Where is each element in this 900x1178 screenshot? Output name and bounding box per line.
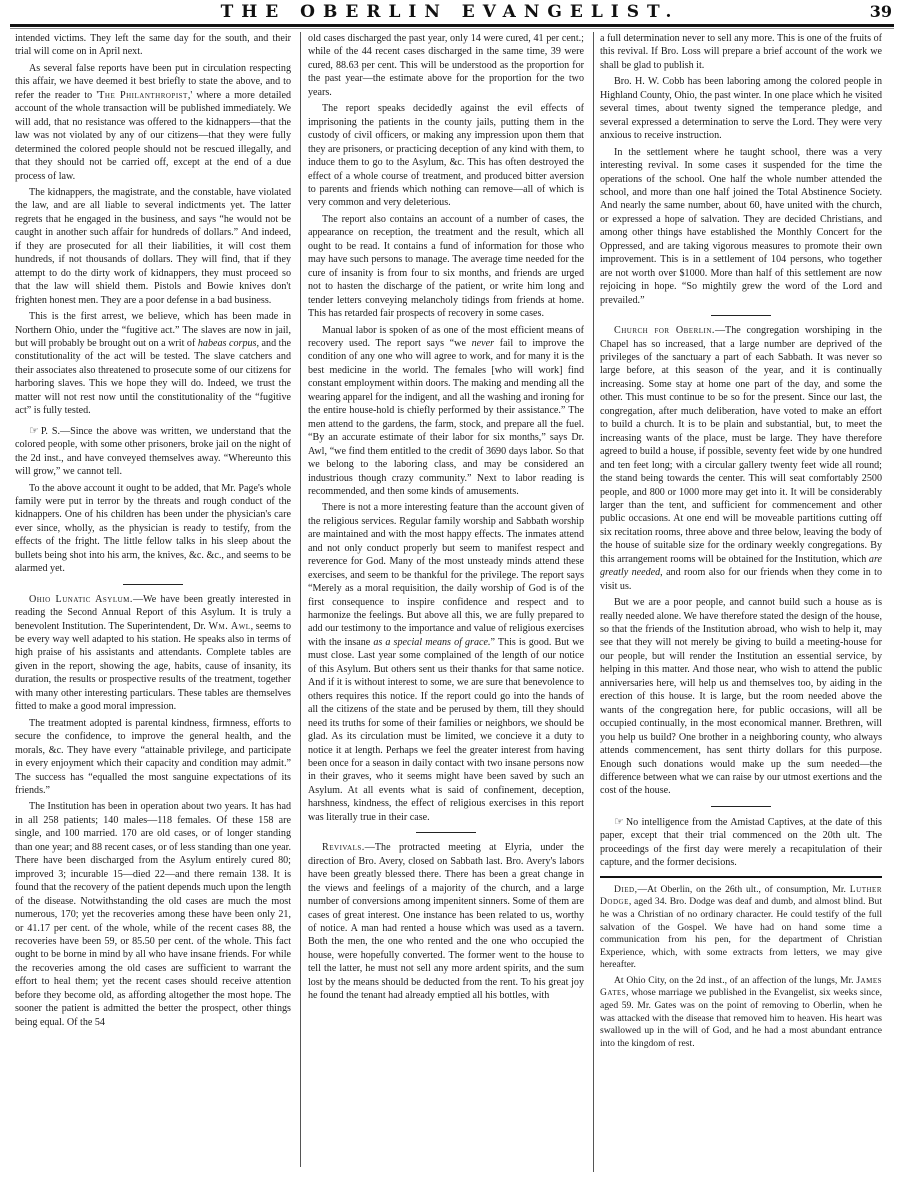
- column-1: intended victims. They left the same day…: [15, 32, 291, 1032]
- article-heading: Ohio Lunatic Asylum.: [29, 594, 133, 605]
- paragraph: The report speaks decidedly against the …: [308, 102, 584, 210]
- masthead: THE OBERLIN EVANGELIST. 39: [0, 0, 900, 22]
- emphasis: never: [472, 338, 494, 349]
- notice-amistad: ☞No intelligence from the Amistad Captiv…: [600, 815, 882, 870]
- article-church: Church for Oberlin.—The congregation wor…: [600, 324, 882, 593]
- emphasis: as a special means of grace.: [373, 637, 490, 648]
- obituary-divider: [600, 876, 882, 878]
- paragraph: The treatment adopted is parental kindne…: [15, 717, 291, 798]
- text: ,' where a more detailed account of the …: [15, 90, 291, 182]
- column-3: a full determination never to sell any m…: [600, 32, 882, 1053]
- paragraph: Bro. H. W. Cobb has been laboring among …: [600, 75, 882, 142]
- section-divider: [711, 315, 771, 316]
- newspaper-title: THE OBERLIN EVANGELIST.: [0, 2, 900, 22]
- paragraph: But we are a poor people, and cannot bui…: [600, 596, 882, 798]
- obituary-heading: Died,: [614, 884, 638, 895]
- section-divider: [123, 584, 183, 585]
- article-heading: Church for Oberlin.: [614, 325, 715, 336]
- paragraph: old cases discharged the past year, only…: [308, 32, 584, 99]
- column-rule-2: [593, 32, 594, 1172]
- article-heading: Revivals.: [322, 842, 365, 853]
- latin-term: habeas corpus: [198, 338, 257, 349]
- paragraph: The report also contains an account of a…: [308, 213, 584, 321]
- section-divider: [711, 806, 771, 807]
- article-asylum-intro: Ohio Lunatic Asylum.—We have been greatl…: [15, 593, 291, 714]
- person-name: Wm. Awl: [209, 621, 251, 632]
- publication-name: The Philanthropist: [98, 90, 188, 101]
- text: fail to improve the condition of any one…: [308, 338, 584, 497]
- paragraph: a full determination never to sell any m…: [600, 32, 882, 72]
- obituaries: Died,—At Oberlin, on the 26th ult., of c…: [600, 884, 882, 1051]
- text: No intelligence from the Amistad Captive…: [600, 817, 882, 868]
- paragraph: Manual labor is spoken of as one of the …: [308, 324, 584, 499]
- page-number: 39: [870, 2, 892, 21]
- paragraph: The kidnappers, the magistrate, and the …: [15, 186, 291, 307]
- text: , and the constitutionality of the act w…: [15, 338, 291, 416]
- paragraph: intended victims. They left the same day…: [15, 32, 291, 59]
- text: , seems to be every way well adapted to …: [15, 621, 291, 713]
- text: , aged 34. Bro. Dodge was deaf and dumb,…: [600, 896, 882, 970]
- masthead-rule: [10, 24, 894, 27]
- text: P. S.—Since the above was written, we un…: [15, 426, 291, 477]
- paragraph: The Institution has been in operation ab…: [15, 800, 291, 1029]
- text: —The congregation worshiping in the Chap…: [600, 325, 882, 565]
- paragraph: In the settlement where he taught school…: [600, 146, 882, 307]
- paragraph: This is the first arrest, we believe, wh…: [15, 310, 291, 418]
- obituary-dodge: Died,—At Oberlin, on the 26th ult., of c…: [600, 884, 882, 972]
- article-revivals: Revivals.—The protracted meeting at Elyr…: [308, 841, 584, 1002]
- text: At Ohio City, on the 2d inst., of an aff…: [614, 975, 856, 986]
- text: There is not a more interesting feature …: [308, 502, 584, 648]
- paragraph: As several false reports have been put i…: [15, 62, 291, 183]
- paragraph: To the above account it ought to be adde…: [15, 482, 291, 576]
- masthead-rule-thin: [10, 28, 894, 29]
- column-2: old cases discharged the past year, only…: [308, 32, 584, 1006]
- section-divider: [416, 832, 476, 833]
- text: —At Oberlin, on the 26th ult., of consum…: [638, 884, 850, 895]
- text: —The protracted meeting at Elyria, under…: [308, 842, 584, 1001]
- obituary-gates: At Ohio City, on the 2d inst., of an aff…: [600, 975, 882, 1051]
- pointing-hand-icon: ☞: [29, 424, 39, 437]
- pointing-hand-icon: ☞: [614, 815, 624, 828]
- text: , whose marriage we published in the Eva…: [600, 987, 882, 1048]
- column-rule-1: [300, 32, 301, 1167]
- paragraph: There is not a more interesting feature …: [308, 501, 584, 824]
- postscript: ☞P. S.—Since the above was written, we u…: [15, 424, 291, 479]
- text: ” This is good. But we must close. Last …: [308, 637, 584, 823]
